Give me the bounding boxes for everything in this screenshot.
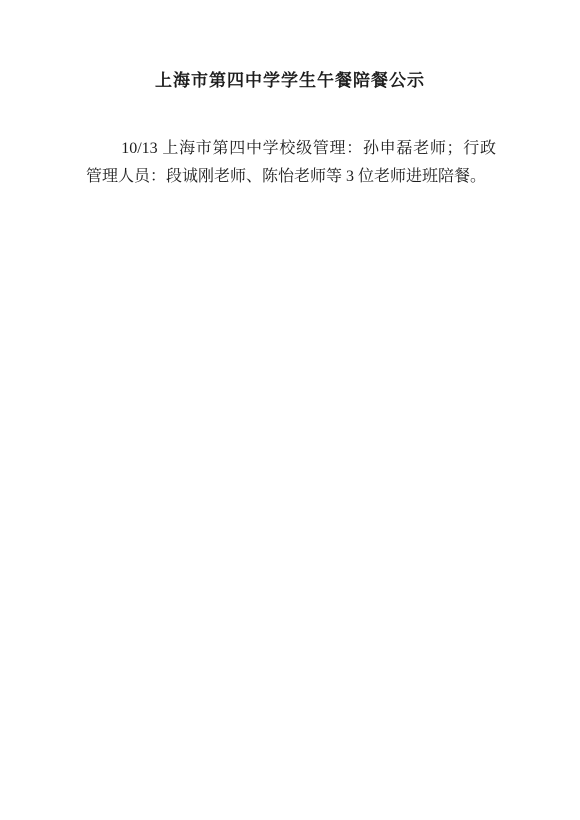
document-body: 10/13 上海市第四中学校级管理：孙申磊老师；行政管理人员：段诚刚老师、陈怡老… [86,135,496,191]
announcement-paragraph: 10/13 上海市第四中学校级管理：孙申磊老师；行政管理人员：段诚刚老师、陈怡老… [86,135,496,191]
document-page: 上海市第四中学学生午餐陪餐公示 10/13 上海市第四中学校级管理：孙申磊老师；… [0,0,580,820]
document-title: 上海市第四中学学生午餐陪餐公示 [0,0,580,91]
